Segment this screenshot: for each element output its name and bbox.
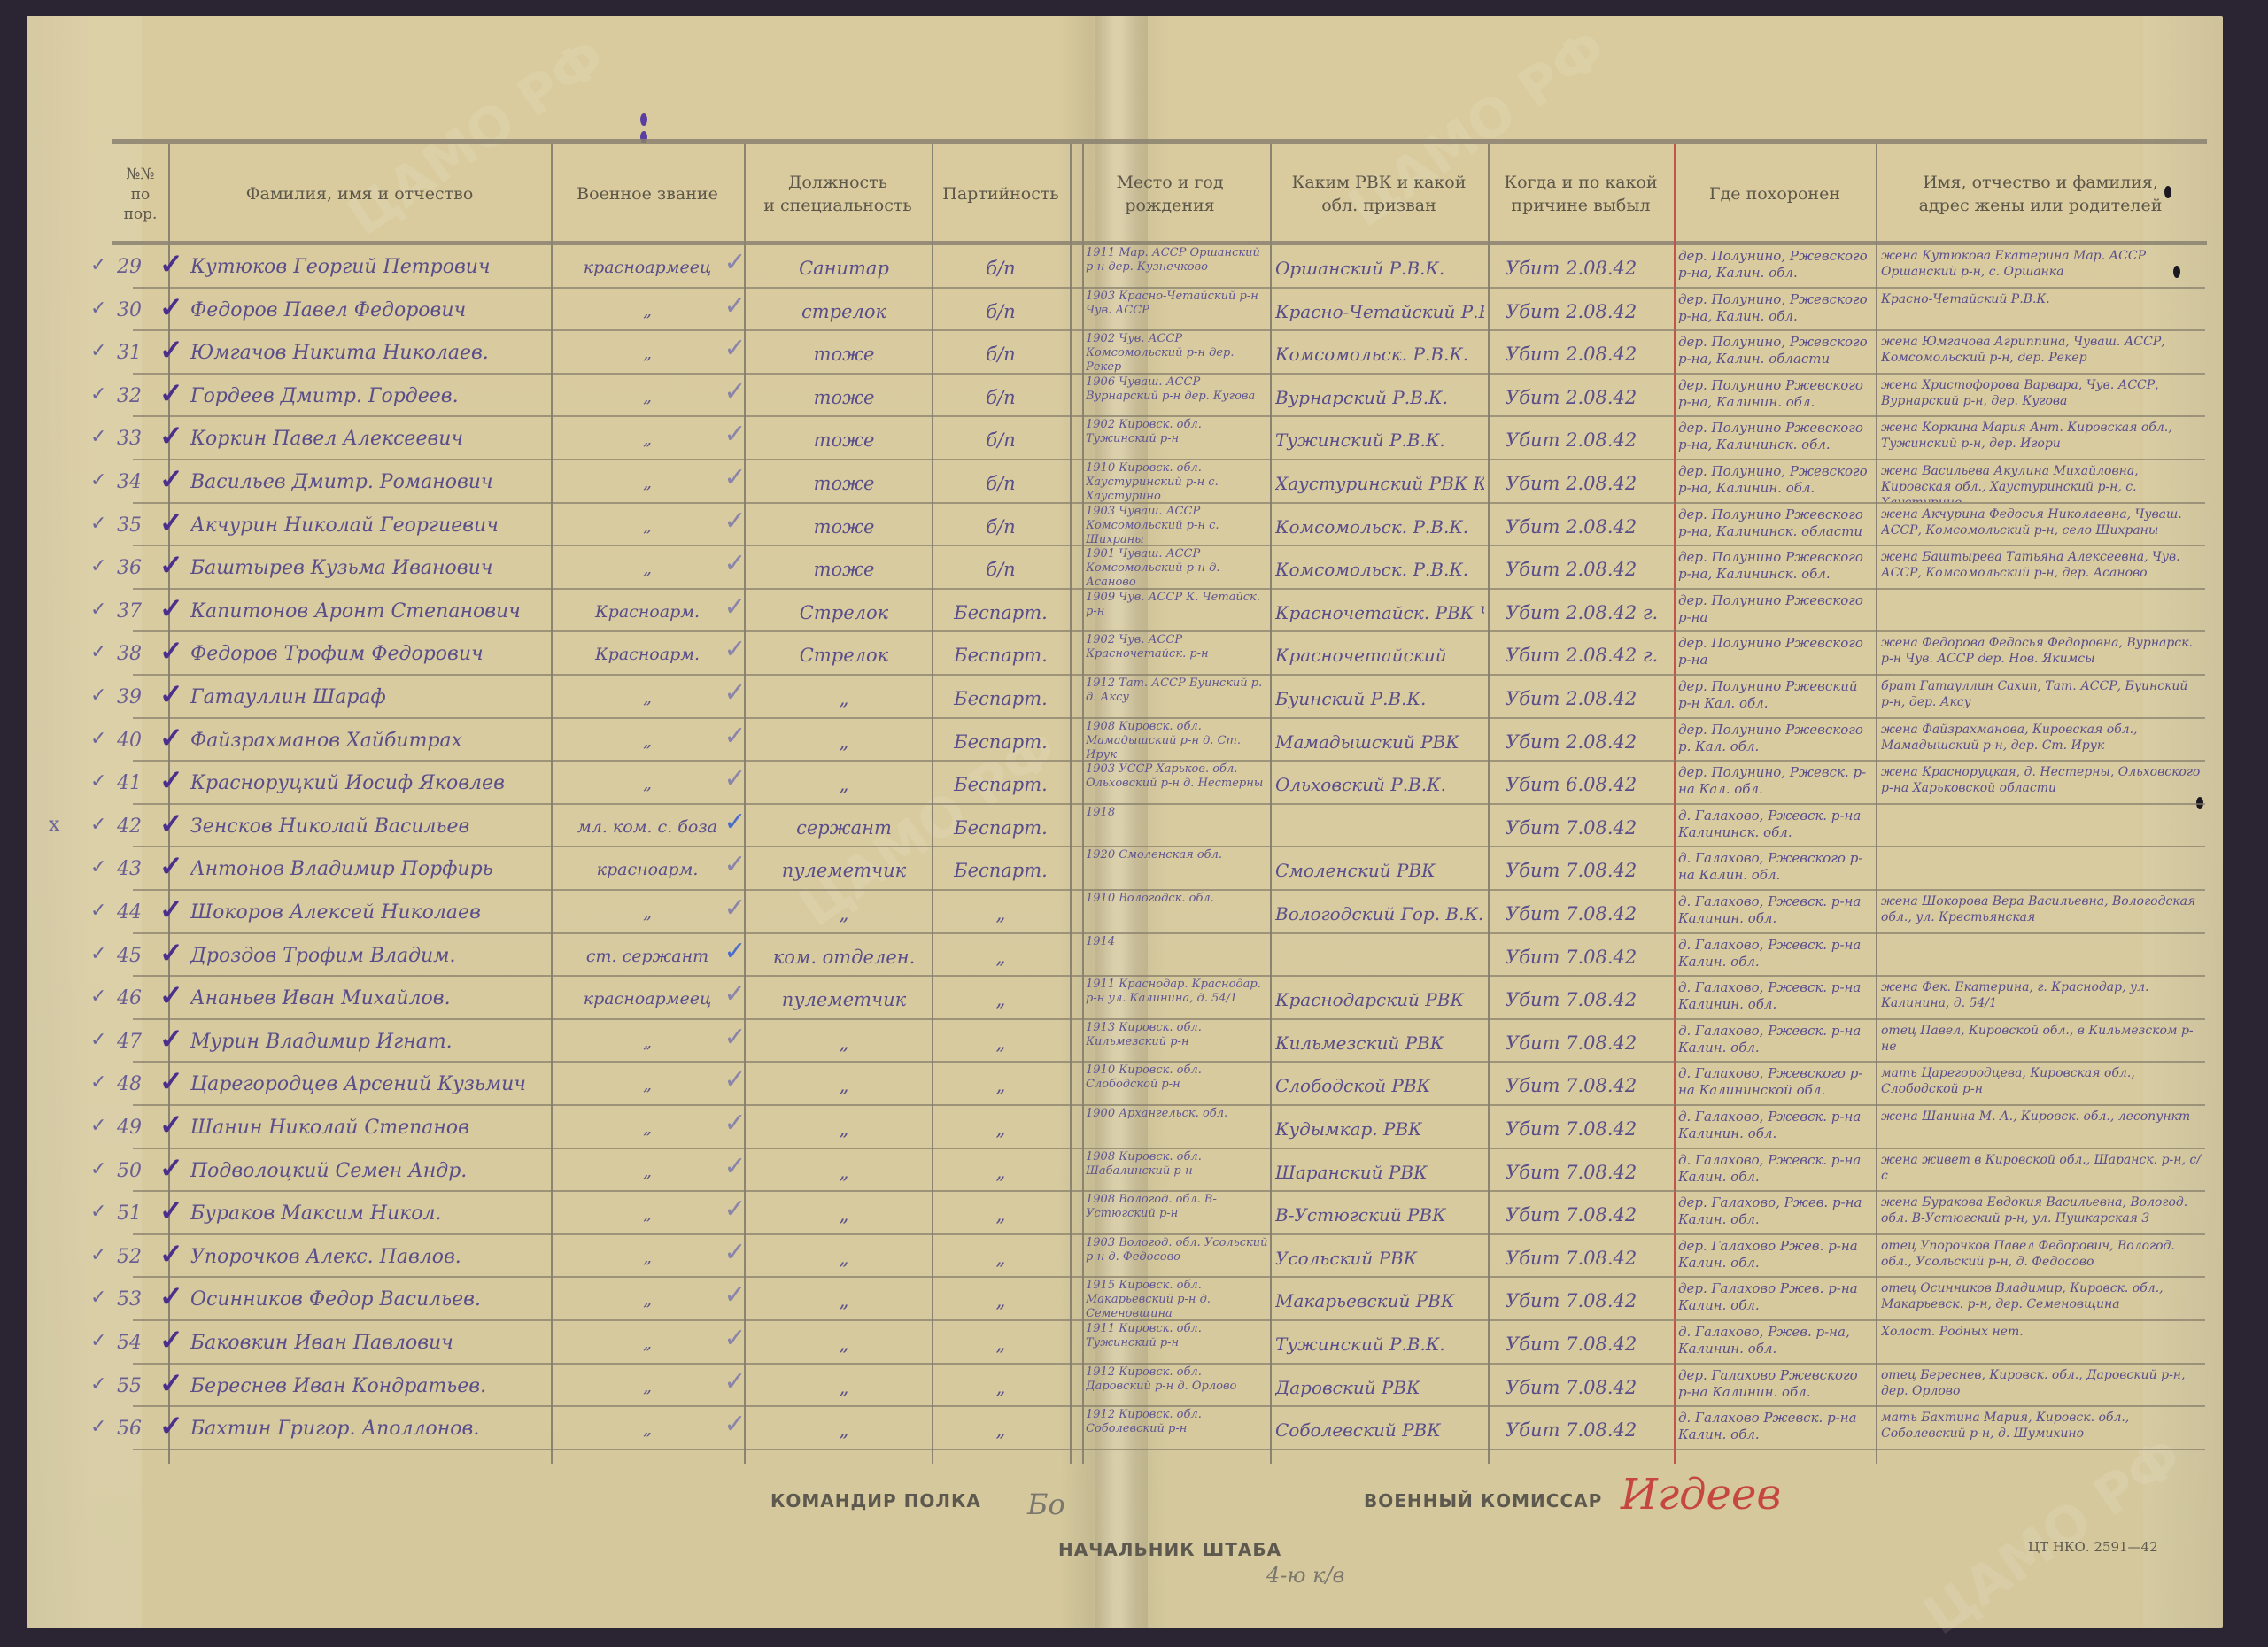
verification-tick-icon: ✓: [713, 1151, 757, 1190]
conscription-office: Кудымкар. РВК: [1275, 1118, 1484, 1145]
birth-place-year: 1911 Краснодар. Краснодар. р-н ул. Калин…: [1086, 978, 1268, 1018]
birth-place-year: 1918: [1086, 806, 1268, 847]
birth-place-year: 1903 Чуваш. АССР Комсомольский р-н с. Ши…: [1086, 505, 1268, 545]
soldier-name: Береснев Иван Кондратьев.: [190, 1375, 549, 1403]
verification-tick-icon: ✓: [713, 506, 757, 545]
death-date-cause: Убит 7.08.42: [1506, 1334, 1670, 1360]
party-membership: Беспарт.: [935, 817, 1066, 844]
conscription-office: Смоленский РВК: [1275, 860, 1484, 886]
row-number: 48: [117, 1073, 161, 1100]
party-membership: б/п: [935, 258, 1066, 284]
next-of-kin: жена Кутюкова Екатерина Мар. АССР Оршанс…: [1881, 248, 2203, 287]
row-number: 46: [117, 987, 161, 1014]
checkmark-icon: ✓: [159, 290, 195, 329]
column-header-death: Когда и по какой причине выбыл: [1488, 151, 1674, 239]
burial-place: дер. Полунино Ржевский р-н Кал. обл.: [1678, 678, 1873, 717]
conscription-office: Комсомольск. Р.В.К.: [1275, 559, 1484, 585]
next-of-kin: отец Павел, Кировской обл., в Кильмезско…: [1881, 1023, 2203, 1062]
position: тоже: [760, 387, 928, 414]
position: „: [760, 1204, 928, 1231]
margin-check-icon: ✓: [90, 1416, 108, 1442]
birth-place-year: 1903 Вологод. обл. Усольский р-н д. Федо…: [1086, 1236, 1268, 1277]
conscription-office: В-Устюгский РВК: [1275, 1204, 1484, 1231]
margin-check-icon: ✓: [90, 1201, 108, 1227]
margin-check-icon: ✓: [90, 383, 108, 410]
row-number: 33: [117, 428, 161, 454]
conscription-office: Усольский РВК: [1275, 1248, 1484, 1274]
chief-of-staff-label: НАЧАЛЬНИК ШТАБА: [1058, 1539, 1281, 1560]
death-date-cause: Убит 7.08.42: [1506, 1419, 1670, 1446]
birth-place-year: 1910 Вологодск. обл.: [1086, 892, 1268, 932]
burial-place: д. Галахово, Ржевского р-на Калин. обл.: [1678, 850, 1873, 889]
next-of-kin: жена Коркина Мария Ант. Кировская обл., …: [1881, 420, 2203, 459]
death-date-cause: Убит 7.08.42: [1506, 1290, 1670, 1317]
burial-place: дер. Полунино, Ржевского р-на, Калин. об…: [1678, 334, 1873, 373]
position: Стрелок: [760, 602, 928, 629]
burial-place: д. Галахово Ржевск. р-на Калин. обл.: [1678, 1410, 1873, 1449]
birth-place-year: 1902 Чув. АССР Красночетайск. р-н: [1086, 633, 1268, 674]
row-number: 32: [117, 385, 161, 412]
checkmark-icon: ✓: [159, 1280, 195, 1318]
birth-place-year: 1915 Кировск. обл. Макарьевский р-н д. С…: [1086, 1279, 1268, 1319]
conscription-office: Красночетайский: [1275, 645, 1484, 671]
burial-place: д. Галахово, Ржевск. р-на Калин. обл.: [1678, 1023, 1873, 1062]
commander-label: КОМАНДИР ПОЛКА: [770, 1490, 981, 1512]
birth-place-year: 1920 Смоленская обл.: [1086, 848, 1268, 889]
soldier-name: Бахтин Григор. Аполлонов.: [190, 1418, 549, 1446]
verification-tick-icon: ✓: [713, 290, 757, 329]
conscription-office: Тужинский Р.В.К.: [1275, 429, 1484, 456]
checkmark-icon: ✓: [159, 721, 195, 760]
column-header-birth: Место и год рождения: [1070, 151, 1270, 239]
soldier-name: Баштырев Кузьма Иванович: [190, 557, 549, 585]
margin-check-icon: ✓: [90, 814, 108, 840]
soldier-name: Федоров Павел Федорович: [190, 299, 549, 328]
margin-check-icon: ✓: [90, 1373, 108, 1400]
birth-place-year: 1914: [1086, 935, 1268, 976]
next-of-kin: жена Файзрахманова, Кировская обл., Мама…: [1881, 722, 2203, 761]
burial-place: д. Галахово, Ржевского р-на Калининской …: [1678, 1065, 1873, 1104]
verification-tick-icon: ✓: [713, 592, 757, 630]
death-date-cause: Убит 2.08.42: [1506, 344, 1670, 370]
column-header-relative: Имя, отчество и фамилия, адрес жены или …: [1876, 151, 2205, 239]
column-header-burial: Где похоронен: [1674, 151, 1876, 239]
party-membership: Беспарт.: [935, 774, 1066, 800]
verification-tick-icon: ✓: [713, 247, 757, 286]
birth-place-year: 1901 Чуваш. АССР Комсомольский р-н д. Ас…: [1086, 547, 1268, 588]
checkmark-icon: ✓: [159, 247, 195, 286]
conscription-office: Красночетайск. РВК Чув. АССР: [1275, 602, 1484, 629]
row-number: 40: [117, 730, 161, 756]
checkmark-icon: ✓: [159, 978, 195, 1017]
party-membership: Беспарт.: [935, 602, 1066, 629]
commissar-signature: Игдеев: [1621, 1470, 1781, 1519]
burial-place: дер. Галахово Ржев. р-на Калин. обл.: [1678, 1280, 1873, 1319]
position: тоже: [760, 344, 928, 370]
death-date-cause: Убит 7.08.42: [1506, 1032, 1670, 1059]
margin-check-icon: ✓: [90, 856, 108, 883]
conscription-office: Красно-Четайский Р.В.К. Чуваш. АССР: [1275, 301, 1484, 328]
burial-place: д. Галахово, Ржевск. р-на Калининск. обл…: [1678, 808, 1873, 847]
burial-place: дер. Полунино Ржевского р-на, Калининск.…: [1678, 506, 1873, 545]
burial-place: дер. Полунино, Ржевского р-на, Калин. об…: [1678, 291, 1873, 330]
commander-signature: Бо: [1027, 1488, 1065, 1521]
soldier-name: Антонов Владимир Порфирь: [190, 858, 549, 886]
soldier-name: Дроздов Трофим Владим.: [190, 945, 549, 973]
burial-place: дер. Полунино, Ржевского р-на, Калин. об…: [1678, 248, 1873, 287]
death-date-cause: Убит 7.08.42: [1506, 1162, 1670, 1188]
checkmark-icon: ✓: [159, 849, 195, 888]
party-membership: Беспарт.: [935, 688, 1066, 715]
party-membership: „: [935, 1204, 1066, 1231]
birth-place-year: 1912 Кировск. обл. Соболевский р-н: [1086, 1408, 1268, 1449]
death-date-cause: Убит 7.08.42: [1506, 903, 1670, 930]
checkmark-icon: ✓: [159, 376, 195, 415]
birth-place-year: 1903 Красно-Четайский р-н Чув. АССР: [1086, 290, 1268, 330]
margin-check-icon: ✓: [90, 1287, 108, 1313]
row-number: 56: [117, 1418, 161, 1444]
party-membership: „: [935, 1377, 1066, 1403]
margin-check-icon: ✓: [90, 513, 108, 539]
burial-place: д. Галахово, Ржевск. р-на Калинин. обл.: [1678, 1109, 1873, 1148]
checkmark-icon: ✓: [159, 807, 195, 846]
checkmark-icon: ✓: [159, 1151, 195, 1190]
conscription-office: Вурнарский Р.В.К.: [1275, 387, 1484, 414]
conscription-office: Буинский Р.В.К.: [1275, 688, 1484, 715]
row-number: 55: [117, 1375, 161, 1402]
verification-tick-icon: ✓: [713, 893, 757, 932]
soldier-name: Упорочков Алекс. Павлов.: [190, 1246, 549, 1274]
party-membership: б/п: [935, 429, 1066, 456]
margin-check-icon: ✓: [90, 555, 108, 582]
verification-tick-icon: ✓: [713, 1064, 757, 1103]
verification-tick-icon: ✓: [713, 1237, 757, 1276]
soldier-name: Ананьев Иван Михайлов.: [190, 987, 549, 1016]
birth-place-year: 1912 Тат. АССР Буинский р. д. Аксу: [1086, 677, 1268, 717]
verification-tick-icon: ✓: [713, 1022, 757, 1061]
conscription-office: Оршанский Р.В.К.: [1275, 258, 1484, 284]
margin-check-icon: ✓: [90, 943, 108, 970]
row-number: 47: [117, 1031, 161, 1057]
death-date-cause: Убит 2.08.42 г.: [1506, 602, 1670, 629]
birth-place-year: 1902 Чув. АССР Комсомольский р-н дер. Ре…: [1086, 332, 1268, 373]
birth-place-year: 1912 Кировск. обл. Даровский р-н д. Орло…: [1086, 1365, 1268, 1406]
position: Стрелок: [760, 645, 928, 671]
margin-check-icon: ✓: [90, 728, 108, 754]
death-date-cause: Убит 2.08.42: [1506, 258, 1670, 284]
verification-tick-icon: ✓: [713, 721, 757, 760]
table-header-rule: [112, 241, 2207, 245]
position: тоже: [760, 429, 928, 456]
next-of-kin: жена живет в Кировской обл., Шаранск. р-…: [1881, 1152, 2203, 1191]
verification-tick-icon: ✓: [713, 333, 757, 372]
row-number: 36: [117, 557, 161, 584]
next-of-kin: жена Буракова Евдокия Васильевна, Волого…: [1881, 1195, 2203, 1233]
margin-check-icon: ✓: [90, 770, 108, 797]
row-number: 49: [117, 1117, 161, 1143]
soldier-name: Коркин Павел Алексеевич: [190, 428, 549, 456]
position: тоже: [760, 473, 928, 499]
soldier-name: Бураков Максим Никол.: [190, 1202, 549, 1231]
next-of-kin: жена Акчурина Федосья Николаевна, Чуваш.…: [1881, 506, 2203, 545]
birth-place-year: 1911 Мар. АССР Оршанский р-н дер. Кузнеч…: [1086, 246, 1268, 287]
verification-tick-icon: ✓: [713, 1323, 757, 1362]
birth-place-year: 1908 Вологод. обл. В-Устюгский р-н: [1086, 1193, 1268, 1233]
row-number: 50: [117, 1160, 161, 1187]
next-of-kin: мать Царегородцева, Кировская обл., Слоб…: [1881, 1065, 2203, 1104]
checkmark-icon: ✓: [159, 1366, 195, 1405]
burial-place: дер. Полунино Ржевского р. Кал. обл.: [1678, 722, 1873, 761]
next-of-kin: Красно-Четайский Р.В.К.: [1881, 291, 2203, 330]
verification-tick-icon: ✓: [713, 677, 757, 716]
conscription-office: Мамадышский РВК: [1275, 731, 1484, 758]
soldier-name: Зенсков Николай Васильев: [190, 816, 549, 844]
birth-place-year: 1909 Чув. АССР К. Четайск. р-н: [1086, 591, 1268, 631]
conscription-office: Слободской РВК: [1275, 1075, 1484, 1102]
row-number: 53: [117, 1288, 161, 1315]
conscription-office: Комсомольск. Р.В.К.: [1275, 344, 1484, 370]
conscription-office: Вологодский Гор. В.К.: [1275, 903, 1484, 930]
row-number: 29: [117, 256, 161, 282]
position: „: [760, 1075, 928, 1102]
burial-place: дер. Полунино Ржевского р-на: [1678, 635, 1873, 674]
soldier-name: Подволоцкий Семен Андр.: [190, 1160, 549, 1188]
row-number: 42: [117, 816, 161, 842]
birth-place-year: 1913 Кировск. обл. Кильмезский р-н: [1086, 1021, 1268, 1062]
birth-place-year: 1903 УССР Харьков. обл. Ольховский р-н д…: [1086, 762, 1268, 803]
soldier-name: Баковкин Иван Павлович: [190, 1332, 549, 1360]
burial-place: дер. Полунино Ржевского р-на: [1678, 592, 1873, 631]
next-of-kin: [1881, 592, 2203, 631]
death-date-cause: Убит 2.08.42: [1506, 387, 1670, 414]
soldier-name: Гордеев Дмитр. Гордеев.: [190, 385, 549, 414]
position: Санитар: [760, 258, 928, 284]
verification-tick-icon: ✓: [713, 1366, 757, 1405]
position: „: [760, 1032, 928, 1059]
party-membership: Беспарт.: [935, 860, 1066, 886]
soldier-name: Файзрахманов Хайбитрах: [190, 730, 549, 758]
position: „: [760, 1290, 928, 1317]
margin-check-icon: ✓: [90, 1158, 108, 1185]
burial-place: дер. Полунино Ржевского р-на, Калининск.…: [1678, 549, 1873, 588]
death-date-cause: Убит 7.08.42: [1506, 947, 1670, 973]
soldier-name: Осинников Федор Васильев.: [190, 1288, 549, 1317]
next-of-kin: [1881, 850, 2203, 889]
party-membership: „: [935, 989, 1066, 1016]
row-number: 52: [117, 1246, 161, 1272]
verification-tick-icon: ✓: [713, 634, 757, 673]
row-number: 30: [117, 299, 161, 326]
soldier-name: Шокоров Алексей Николаев: [190, 901, 549, 930]
conscription-office: Кильмезский РВК: [1275, 1032, 1484, 1059]
next-of-kin: мать Бахтина Мария, Кировск. обл., Собол…: [1881, 1410, 2203, 1449]
row-number: 38: [117, 643, 161, 669]
margin-check-icon: ✓: [90, 641, 108, 668]
death-date-cause: Убит 2.08.42: [1506, 429, 1670, 456]
checkmark-icon: ✓: [159, 1194, 195, 1233]
checkmark-icon: ✓: [159, 1323, 195, 1362]
row-number: 45: [117, 945, 161, 971]
margin-check-icon: ✓: [90, 1244, 108, 1271]
next-of-kin: отец Упорочков Павел Федорович, Вологод.…: [1881, 1238, 2203, 1277]
death-date-cause: Убит 2.08.42: [1506, 559, 1670, 585]
margin-check-icon: ✓: [90, 1029, 108, 1055]
burial-place: д. Галахово, Ржевск. р-на Калин. обл.: [1678, 1152, 1873, 1191]
death-date-cause: Убит 7.08.42: [1506, 989, 1670, 1016]
death-date-cause: Убит 2.08.42: [1506, 473, 1670, 499]
burial-place: дер. Полунино, Ржевского р-на, Калинин. …: [1678, 463, 1873, 502]
party-membership: „: [935, 947, 1066, 973]
death-date-cause: Убит 7.08.42: [1506, 1204, 1670, 1231]
burial-place: дер. Полунино Ржевского р-на, Калинин. о…: [1678, 377, 1873, 416]
position: „: [760, 1377, 928, 1403]
burial-place: дер. Полунино, Ржевск. р-на Кал. обл.: [1678, 764, 1873, 803]
position: сержант: [760, 817, 928, 844]
cross-mark-icon: x: [49, 814, 59, 836]
margin-check-icon: ✓: [90, 986, 108, 1012]
soldier-name: Юмгачов Никита Николаев.: [190, 342, 549, 370]
margin-check-icon: ✓: [90, 469, 108, 496]
position: тоже: [760, 516, 928, 543]
checkmark-icon: ✓: [159, 462, 195, 501]
soldier-name: Шанин Николай Степанов: [190, 1117, 549, 1145]
birth-place-year: 1908 Кировск. обл. Шабалинский р-н: [1086, 1150, 1268, 1191]
conscription-office: Тужинский Р.В.К.: [1275, 1334, 1484, 1360]
burial-place: дер. Галахово, Ржев. р-на Калин. обл.: [1678, 1195, 1873, 1233]
soldier-name: Федоров Трофим Федорович: [190, 643, 549, 671]
position: тоже: [760, 559, 928, 585]
party-membership: „: [935, 1290, 1066, 1317]
verification-tick-icon: ✓: [713, 1194, 757, 1233]
party-membership: б/п: [935, 473, 1066, 499]
column-header-position: Должность и специальность: [744, 151, 932, 239]
death-date-cause: Убит 6.08.42: [1506, 774, 1670, 800]
margin-check-icon: ✓: [90, 254, 108, 281]
burial-place: д. Галахово, Ржев. р-на, Калинин. обл.: [1678, 1324, 1873, 1363]
soldier-name: Капитонов Аронт Степанович: [190, 600, 549, 629]
burial-place: д. Галахово, Ржевск. р-на Калинин. обл.: [1678, 979, 1873, 1018]
checkmark-icon: ✓: [159, 634, 195, 673]
position: ком. отделен.: [760, 947, 928, 973]
verification-tick-icon: ✓: [713, 548, 757, 587]
row-number: 34: [117, 471, 161, 498]
birth-place-year: 1910 Кировск. обл. Слободской р-н: [1086, 1063, 1268, 1104]
row-number: 35: [117, 514, 161, 541]
party-membership: б/п: [935, 387, 1066, 414]
party-membership: Беспарт.: [935, 645, 1066, 671]
next-of-kin: жена Шокорова Вера Васильевна, Вологодск…: [1881, 893, 2203, 932]
position: пулеметчик: [760, 989, 928, 1016]
death-date-cause: Убит 7.08.42: [1506, 1377, 1670, 1403]
burial-place: дер. Галахово Ржевского р-на Калинин. об…: [1678, 1367, 1873, 1406]
checkmark-icon: ✓: [159, 333, 195, 372]
party-membership: „: [935, 1162, 1066, 1188]
checkmark-icon: ✓: [159, 548, 195, 587]
party-membership: б/п: [935, 301, 1066, 328]
conscription-office: Шаранский РВК: [1275, 1162, 1484, 1188]
column-header-name: Фамилия, имя и отчество: [168, 151, 551, 239]
ink-blot: [640, 113, 647, 126]
row-number: 39: [117, 686, 161, 713]
death-date-cause: Убит 7.08.42: [1506, 1075, 1670, 1102]
checkmark-icon: ✓: [159, 506, 195, 545]
margin-check-icon: ✓: [90, 340, 108, 367]
margin-check-icon: ✓: [90, 1071, 108, 1098]
next-of-kin: брат Гатауллин Сахип, Тат. АССР, Буински…: [1881, 678, 2203, 717]
column-header-rank: Военное звание: [551, 151, 744, 239]
checkmark-icon: ✓: [159, 1064, 195, 1103]
birth-place-year: 1906 Чуваш. АССР Вурнарский р-н дер. Куг…: [1086, 375, 1268, 416]
checkmark-icon: ✓: [159, 1022, 195, 1061]
death-date-cause: Убит 7.08.42: [1506, 1118, 1670, 1145]
commissar-label: ВОЕННЫЙ КОМИССАР: [1364, 1490, 1602, 1512]
death-date-cause: Убит 7.08.42: [1506, 817, 1670, 844]
birth-place-year: 1902 Кировск. обл. Тужинский р-н: [1086, 418, 1268, 459]
row-number: 51: [117, 1202, 161, 1229]
position: „: [760, 1248, 928, 1274]
burial-place: д. Галахово, Ржевск. р-на Калинин. обл.: [1678, 893, 1873, 932]
soldier-name: Гатауллин Шараф: [190, 686, 549, 715]
conscription-office: Комсомольск. Р.В.К.: [1275, 516, 1484, 543]
soldier-name: Царегородцев Арсений Кузьмич: [190, 1073, 549, 1102]
conscription-office: Краснодарский РВК: [1275, 989, 1484, 1016]
soldier-name: Мурин Владимир Игнат.: [190, 1031, 549, 1059]
party-membership: „: [935, 1248, 1066, 1274]
conscription-office: Ольховский Р.В.К.: [1275, 774, 1484, 800]
column-header-no: №№ по пор.: [112, 151, 168, 239]
party-membership: б/п: [935, 516, 1066, 543]
next-of-kin: жена Христофорова Варвара, Чув. АССР, Ву…: [1881, 377, 2203, 416]
next-of-kin: жена Баштырева Татьяна Алексеевна, Чув. …: [1881, 549, 2203, 588]
table-top-rule: [112, 139, 2207, 144]
next-of-kin: жена Юмгачова Агриппина, Чуваш. АССР, Ко…: [1881, 334, 2203, 373]
next-of-kin: [1881, 808, 2203, 847]
death-date-cause: Убит 7.08.42: [1506, 1248, 1670, 1274]
next-of-kin: жена Васильева Акулина Михайловна, Киров…: [1881, 463, 2203, 502]
verification-tick-icon: ✓: [713, 1280, 757, 1318]
position: „: [760, 688, 928, 715]
conscription-office: Макарьевский РВК: [1275, 1290, 1484, 1317]
position: „: [760, 731, 928, 758]
position: „: [760, 1419, 928, 1446]
margin-check-icon: ✓: [90, 426, 108, 452]
death-date-cause: Убит 2.08.42 г.: [1506, 645, 1670, 671]
conscription-office: [1275, 947, 1484, 973]
form-code: ЦТ НКО. 2591—42: [2028, 1539, 2158, 1555]
conscription-office: [1275, 817, 1484, 844]
checkmark-icon: ✓: [159, 1409, 195, 1448]
row-number: 44: [117, 901, 161, 928]
soldier-name: Кутюков Георгий Петрович: [190, 256, 549, 284]
position: „: [760, 903, 928, 930]
birth-place-year: 1910 Кировск. обл. Хаустуринский р-н с. …: [1086, 461, 1268, 502]
next-of-kin: жена Федорова Федосья Федоровна, Вурнарс…: [1881, 635, 2203, 674]
checkmark-icon: ✓: [159, 1108, 195, 1147]
birth-place-year: 1911 Кировск. обл. Тужинский р-н: [1086, 1322, 1268, 1363]
margin-check-icon: ✓: [90, 1330, 108, 1357]
death-date-cause: Убит 2.08.42: [1506, 731, 1670, 758]
margin-check-icon: ✓: [90, 298, 108, 324]
soldier-name: Васильев Дмитр. Романович: [190, 471, 549, 499]
position: стрелок: [760, 301, 928, 328]
checkmark-icon: ✓: [159, 677, 195, 716]
margin-check-icon: ✓: [90, 1115, 108, 1141]
position: „: [760, 774, 928, 800]
verification-tick-icon: ✓: [713, 462, 757, 501]
party-membership: „: [935, 1032, 1066, 1059]
death-date-cause: Убит 7.08.42: [1506, 860, 1670, 886]
next-of-kin: жена Красноруцкая, д. Нестерны, Ольховск…: [1881, 764, 2203, 803]
